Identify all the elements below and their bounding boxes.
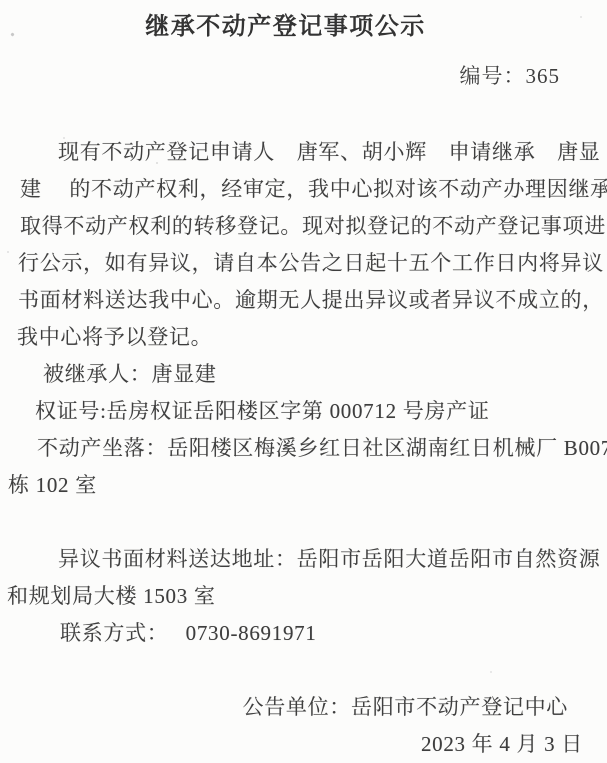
document-number: 编号：365	[0, 64, 607, 88]
decedent-line: 被继承人：唐显建	[0, 356, 607, 393]
body-paragraph-line: 行公示，如有异议，请自本公告之日起十五个工作日内将异议	[0, 245, 607, 282]
property-location-wrap-line: 栋 102 室	[0, 467, 607, 504]
document-body: 现有不动产登记申请人 唐军、胡小辉 申请继承 唐显 建 的不动产权利，经审定，我…	[0, 134, 607, 763]
certificate-number-line: 权证号:岳房权证岳阳楼区字第 000712 号房产证	[0, 393, 607, 430]
objection-address-wrap-line: 和规划局大楼 1503 室	[0, 578, 607, 615]
document-number-label: 编号：	[460, 64, 526, 88]
date-line: 2023 年 4 月 3 日	[0, 726, 607, 763]
property-location-line: 不动产坐落：岳阳楼区梅溪乡红日社区湖南红日机械厂 B007	[0, 430, 607, 467]
body-paragraph-line: 我中心将予以登记。	[0, 319, 607, 356]
body-paragraph-line: 书面材料送达我中心。逾期无人提出异议或者异议不成立的，	[0, 282, 607, 319]
body-paragraph-line: 建 的不动产权利，经审定，我中心拟对该不动产办理因继承	[0, 171, 607, 208]
body-paragraph-line: 取得不动产权利的转移登记。现对拟登记的不动产登记事项进	[0, 208, 607, 245]
blank-line	[0, 504, 607, 541]
document-title: 继承不动产登记事项公示	[0, 0, 589, 42]
document-number-value: 365	[526, 64, 561, 88]
contact-phone-line: 联系方式： 0730-8691971	[0, 615, 607, 652]
body-paragraph-line: 现有不动产登记申请人 唐军、胡小辉 申请继承 唐显	[0, 134, 607, 171]
notice-document-page: 继承不动产登记事项公示 编号：365 现有不动产登记申请人 唐军、胡小辉 申请继…	[0, 0, 607, 763]
objection-address-line: 异议书面材料送达地址：岳阳市岳阳大道岳阳市自然资源	[0, 541, 607, 578]
blank-line	[0, 652, 607, 689]
issuer-line: 公告单位：岳阳市不动产登记中心	[0, 689, 607, 726]
